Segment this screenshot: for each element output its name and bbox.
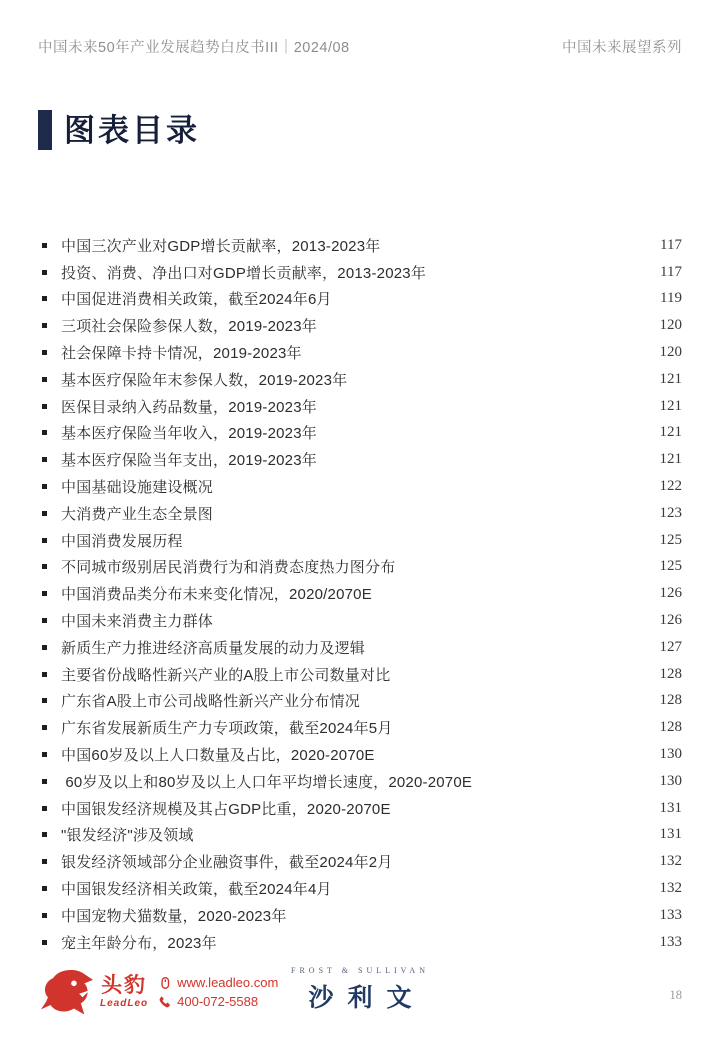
bullet-square-icon <box>42 779 47 784</box>
toc-item-label: 中国宠物犬猫数量，2020-2023年 <box>61 905 648 926</box>
toc-item[interactable]: 基本医疗保险年末参保人数，2019-2023年 121 <box>38 366 682 393</box>
mouse-icon <box>158 976 172 990</box>
toc-item[interactable]: 大消费产业生态全景图 123 <box>38 500 682 527</box>
bullet-square-icon <box>42 940 47 945</box>
title-accent-bar <box>38 110 52 150</box>
toc-item-page-number: 132 <box>648 880 682 897</box>
toc-item-page-number: 125 <box>648 558 682 575</box>
toc-item[interactable]: 投资、消费、净出口对GDP增长贡献率，2013-2023年 117 <box>38 259 682 286</box>
toc-item-label: 中国基础设施建设概况 <box>61 476 648 497</box>
toc-item-page-number: 131 <box>648 800 682 817</box>
frost-sullivan-name-cn: 沙利文 <box>291 978 429 1014</box>
toc-item-page-number: 121 <box>648 424 682 441</box>
toc-item-label: 基本医疗保险年末参保人数，2019-2023年 <box>61 369 648 390</box>
bullet-square-icon <box>42 591 47 596</box>
toc-item-label: 主要省份战略性新兴产业的A股上市公司数量对比 <box>61 664 648 685</box>
toc-item[interactable]: 中国三次产业对GDP增长贡献率，2013-2023年 117 <box>38 232 682 259</box>
bullet-square-icon <box>42 511 47 516</box>
bullet-square-icon <box>42 806 47 811</box>
bullet-square-icon <box>42 377 47 382</box>
page-title: 图表目录 <box>64 115 200 146</box>
toc-item-label: 宠主年龄分布，2023年 <box>61 932 648 953</box>
toc-item-page-number: 121 <box>648 371 682 388</box>
bullet-square-icon <box>42 457 47 462</box>
toc-item[interactable]: 银发经济领域部分企业融资事件，截至2024年2月 132 <box>38 848 682 875</box>
toc-item[interactable]: 基本医疗保险当年支出，2019-2023年 121 <box>38 446 682 473</box>
toc-item-page-number: 126 <box>648 585 682 602</box>
bullet-square-icon <box>42 645 47 650</box>
toc-item-label: 投资、消费、净出口对GDP增长贡献率，2013-2023年 <box>61 262 648 283</box>
frost-sullivan-logo-block: FROST & SULLIVAN 沙利文 <box>291 966 429 1014</box>
header-doc-title: 中国未来50年产业发展趋势白皮书III｜2024/08 <box>38 36 350 57</box>
toc-item-label: 中国三次产业对GDP增长贡献率，2013-2023年 <box>61 235 648 256</box>
bullet-square-icon <box>42 832 47 837</box>
toc-item-label: 医保目录纳入药品数量，2019-2023年 <box>61 396 648 417</box>
toc-item-page-number: 130 <box>648 773 682 790</box>
toc-item[interactable]: 三项社会保险参保人数，2019-2023年 120 <box>38 312 682 339</box>
toc-item-page-number: 123 <box>648 505 682 522</box>
toc-item-page-number: 117 <box>648 237 682 254</box>
toc-item[interactable]: 医保目录纳入药品数量，2019-2023年 121 <box>38 393 682 420</box>
toc-item-page-number: 128 <box>648 666 682 683</box>
leadleo-contacts: www.leadleo.com 400-072-5588 <box>158 973 278 1011</box>
toc-item-page-number: 132 <box>648 853 682 870</box>
toc-item-page-number: 121 <box>648 398 682 415</box>
toc-item-label: 大消费产业生态全景图 <box>61 503 648 524</box>
bullet-square-icon <box>42 886 47 891</box>
toc-item-label: 60岁及以上和80岁及以上人口年平均增长速度，2020-2070E <box>61 771 648 792</box>
bullet-square-icon <box>42 859 47 864</box>
toc-item-page-number: 128 <box>648 719 682 736</box>
toc-item[interactable]: 60岁及以上和80岁及以上人口年平均增长速度，2020-2070E 130 <box>38 768 682 795</box>
page-footer: 头豹 LeadLeo www.leadleo.com 400-072-5588 … <box>38 960 682 1030</box>
toc-item[interactable]: 中国消费发展历程 125 <box>38 527 682 554</box>
toc-item-page-number: 127 <box>648 639 682 656</box>
toc-item[interactable]: 主要省份战略性新兴产业的A股上市公司数量对比 128 <box>38 661 682 688</box>
toc-item[interactable]: 中国60岁及以上人口数量及占比，2020-2070E 130 <box>38 741 682 768</box>
toc-item-page-number: 133 <box>648 907 682 924</box>
toc-item-page-number: 119 <box>648 290 682 307</box>
toc-item[interactable]: 中国促进消费相关政策，截至2024年6月 119 <box>38 286 682 313</box>
toc-item-page-number: 133 <box>648 934 682 951</box>
frost-sullivan-name-en: FROST & SULLIVAN <box>291 966 429 975</box>
toc-item-label: 新质生产力推进经济高质量发展的动力及逻辑 <box>61 637 648 658</box>
phone-icon <box>158 995 172 1009</box>
toc-item-page-number: 128 <box>648 692 682 709</box>
toc-item[interactable]: 中国基础设施建设概况 122 <box>38 473 682 500</box>
toc-item-label: 不同城市级别居民消费行为和消费态度热力图分布 <box>61 556 648 577</box>
bullet-square-icon <box>42 618 47 623</box>
toc-item[interactable]: 广东省A股上市公司战略性新兴产业分布情况 128 <box>38 688 682 715</box>
header-series-title: 中国未来展望系列 <box>562 36 682 57</box>
toc-item-label: 中国消费发展历程 <box>61 530 648 551</box>
toc-item-label: 银发经济领域部分企业融资事件，截至2024年2月 <box>61 851 648 872</box>
bullet-square-icon <box>42 752 47 757</box>
bullet-square-icon <box>42 270 47 275</box>
toc-item-label: 基本医疗保险当年收入，2019-2023年 <box>61 422 648 443</box>
leadleo-name-en: LeadLeo <box>100 998 148 1009</box>
toc-item-page-number: 120 <box>648 317 682 334</box>
toc-item-page-number: 120 <box>648 344 682 361</box>
leadleo-name: 头豹 LeadLeo <box>100 975 148 1008</box>
toc-item[interactable]: 新质生产力推进经济高质量发展的动力及逻辑 127 <box>38 634 682 661</box>
toc-item[interactable]: "银发经济"涉及领域 131 <box>38 822 682 849</box>
footer-page-number: 18 <box>670 988 683 1003</box>
toc-item-label: 中国银发经济规模及其占GDP比重，2020-2070E <box>61 798 648 819</box>
bullet-square-icon <box>42 538 47 543</box>
toc-item[interactable]: 宠主年龄分布，2023年 133 <box>38 929 682 956</box>
bullet-square-icon <box>42 296 47 301</box>
toc-item-label: 中国促进消费相关政策，截至2024年6月 <box>61 288 648 309</box>
section-title-block: 图表目录 <box>38 110 200 150</box>
toc-list: 中国三次产业对GDP增长贡献率，2013-2023年 117 投资、消费、净出口… <box>38 232 682 956</box>
bullet-square-icon <box>42 323 47 328</box>
leopard-logo-icon <box>38 966 96 1018</box>
toc-item-page-number: 117 <box>648 264 682 281</box>
toc-item[interactable]: 中国银发经济相关政策，截至2024年4月 132 <box>38 875 682 902</box>
toc-item-page-number: 125 <box>648 532 682 549</box>
toc-item-label: 中国60岁及以上人口数量及占比，2020-2070E <box>61 744 648 765</box>
page-header: 中国未来50年产业发展趋势白皮书III｜2024/08 中国未来展望系列 <box>38 36 682 57</box>
toc-item[interactable]: 基本医疗保险当年收入，2019-2023年 121 <box>38 420 682 447</box>
bullet-square-icon <box>42 404 47 409</box>
bullet-square-icon <box>42 564 47 569</box>
toc-item-label: 基本医疗保险当年支出，2019-2023年 <box>61 449 648 470</box>
toc-item[interactable]: 不同城市级别居民消费行为和消费态度热力图分布 125 <box>38 554 682 581</box>
bullet-square-icon <box>42 243 47 248</box>
toc-item-page-number: 131 <box>648 826 682 843</box>
toc-item-label: 中国消费品类分布未来变化情况，2020/2070E <box>61 583 648 604</box>
bullet-square-icon <box>42 725 47 730</box>
toc-item[interactable]: 广东省发展新质生产力专项政策，截至2024年5月 128 <box>38 714 682 741</box>
toc-item-page-number: 130 <box>648 746 682 763</box>
toc-item-label: 广东省A股上市公司战略性新兴产业分布情况 <box>61 690 648 711</box>
toc-item[interactable]: 中国未来消费主力群体 126 <box>38 607 682 634</box>
leadleo-logo-block: 头豹 LeadLeo www.leadleo.com 400-072-5588 <box>38 966 278 1018</box>
toc-item-label: 中国未来消费主力群体 <box>61 610 648 631</box>
bullet-square-icon <box>42 430 47 435</box>
bullet-square-icon <box>42 350 47 355</box>
leadleo-website[interactable]: www.leadleo.com <box>177 975 278 990</box>
leadleo-name-cn: 头豹 <box>100 975 148 997</box>
toc-item-page-number: 121 <box>648 451 682 468</box>
toc-item-label: 中国银发经济相关政策，截至2024年4月 <box>61 878 648 899</box>
toc-item-page-number: 122 <box>648 478 682 495</box>
bullet-square-icon <box>42 698 47 703</box>
toc-item-page-number: 126 <box>648 612 682 629</box>
bullet-square-icon <box>42 484 47 489</box>
bullet-square-icon <box>42 672 47 677</box>
toc-item[interactable]: 中国宠物犬猫数量，2020-2023年 133 <box>38 902 682 929</box>
toc-item[interactable]: 中国银发经济规模及其占GDP比重，2020-2070E 131 <box>38 795 682 822</box>
toc-item-label: 广东省发展新质生产力专项政策，截至2024年5月 <box>61 717 648 738</box>
toc-item[interactable]: 中国消费品类分布未来变化情况，2020/2070E 126 <box>38 580 682 607</box>
toc-item-label: 三项社会保险参保人数，2019-2023年 <box>61 315 648 336</box>
toc-item-label: 社会保障卡持卡情况，2019-2023年 <box>61 342 648 363</box>
toc-item[interactable]: 社会保障卡持卡情况，2019-2023年 120 <box>38 339 682 366</box>
toc-item-label: "银发经济"涉及领域 <box>61 824 648 845</box>
leadleo-phone[interactable]: 400-072-5588 <box>177 994 258 1009</box>
bullet-square-icon <box>42 913 47 918</box>
